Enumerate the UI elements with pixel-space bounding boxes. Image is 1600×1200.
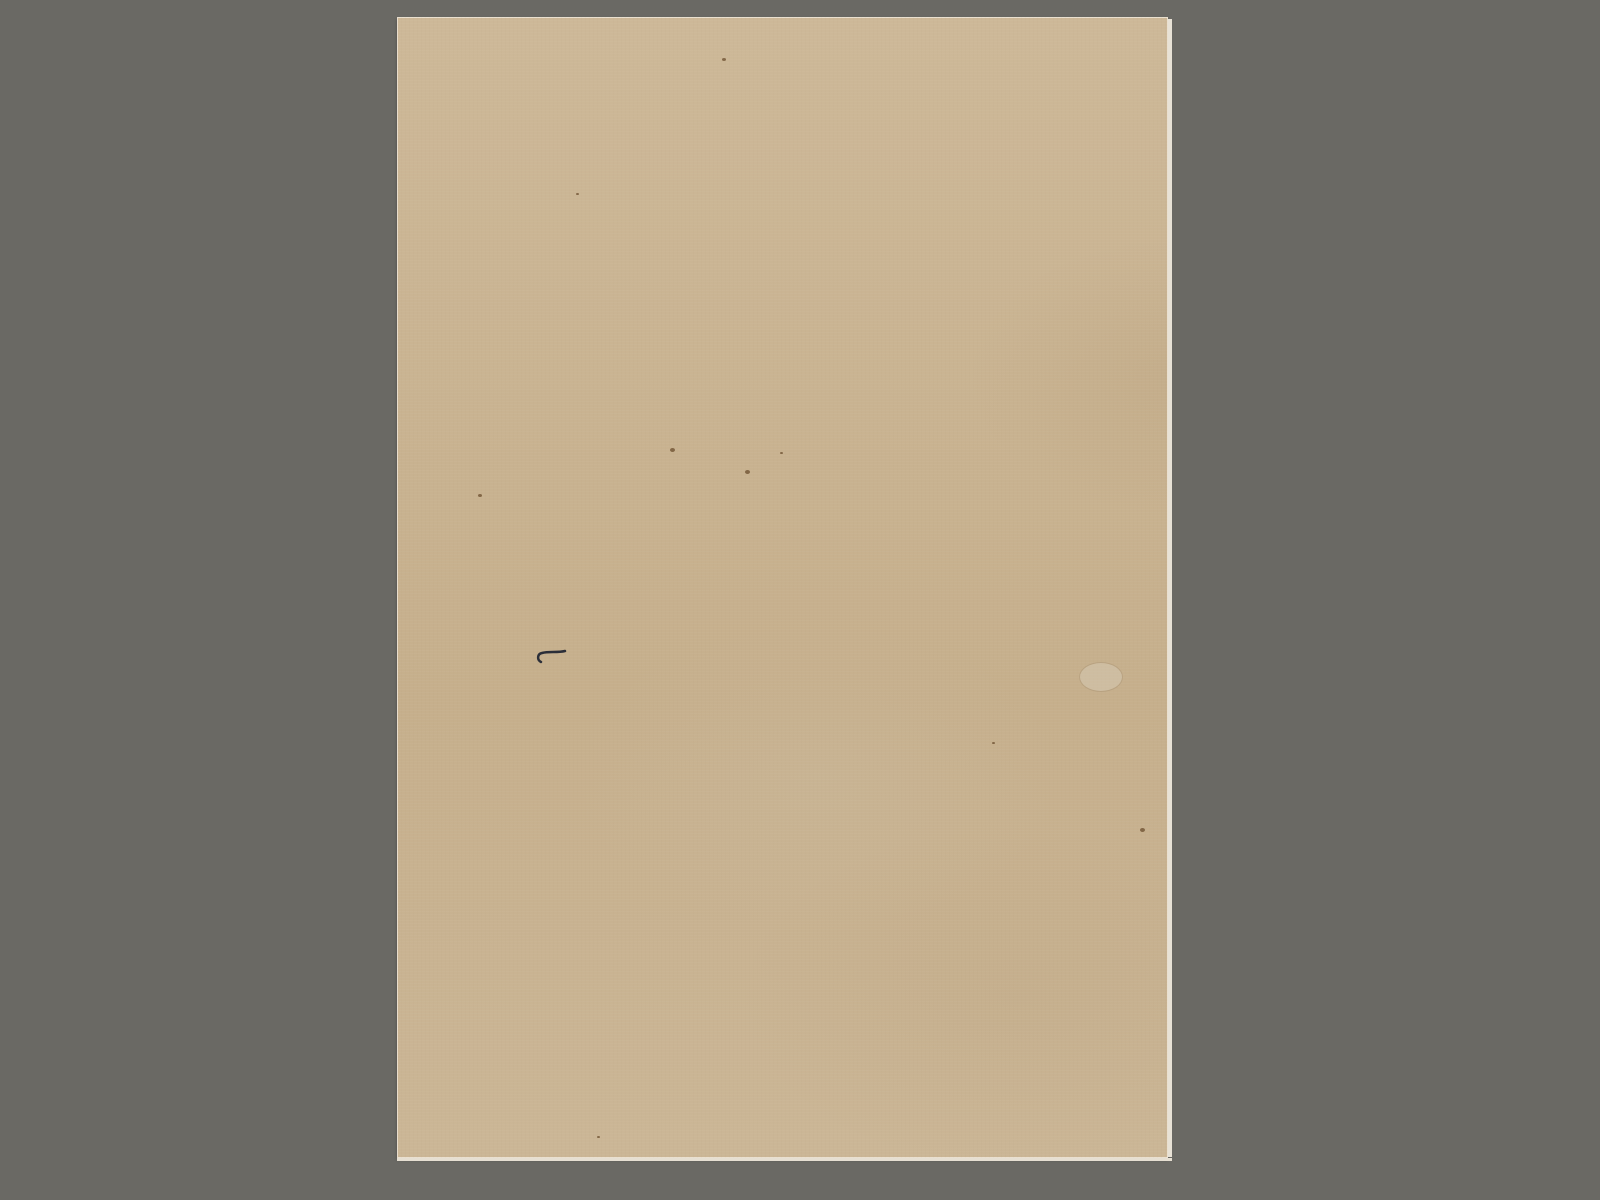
paper-speck: [670, 448, 675, 452]
paper-speck: [745, 470, 750, 474]
paper-speck: [780, 452, 783, 454]
paper-speck: [992, 742, 995, 744]
paper-speck: [597, 1136, 600, 1138]
paper-speck: [722, 58, 726, 61]
paper-edge-bottom: [397, 1158, 1172, 1161]
ink-smudge: [533, 645, 569, 665]
paper-sheet: [397, 17, 1168, 1158]
paper-speck: [478, 494, 482, 497]
paper-stain: [1079, 662, 1123, 692]
paper-speck: [1140, 828, 1145, 832]
paper-edge-right: [1168, 19, 1172, 1157]
paper-speck: [576, 193, 579, 195]
